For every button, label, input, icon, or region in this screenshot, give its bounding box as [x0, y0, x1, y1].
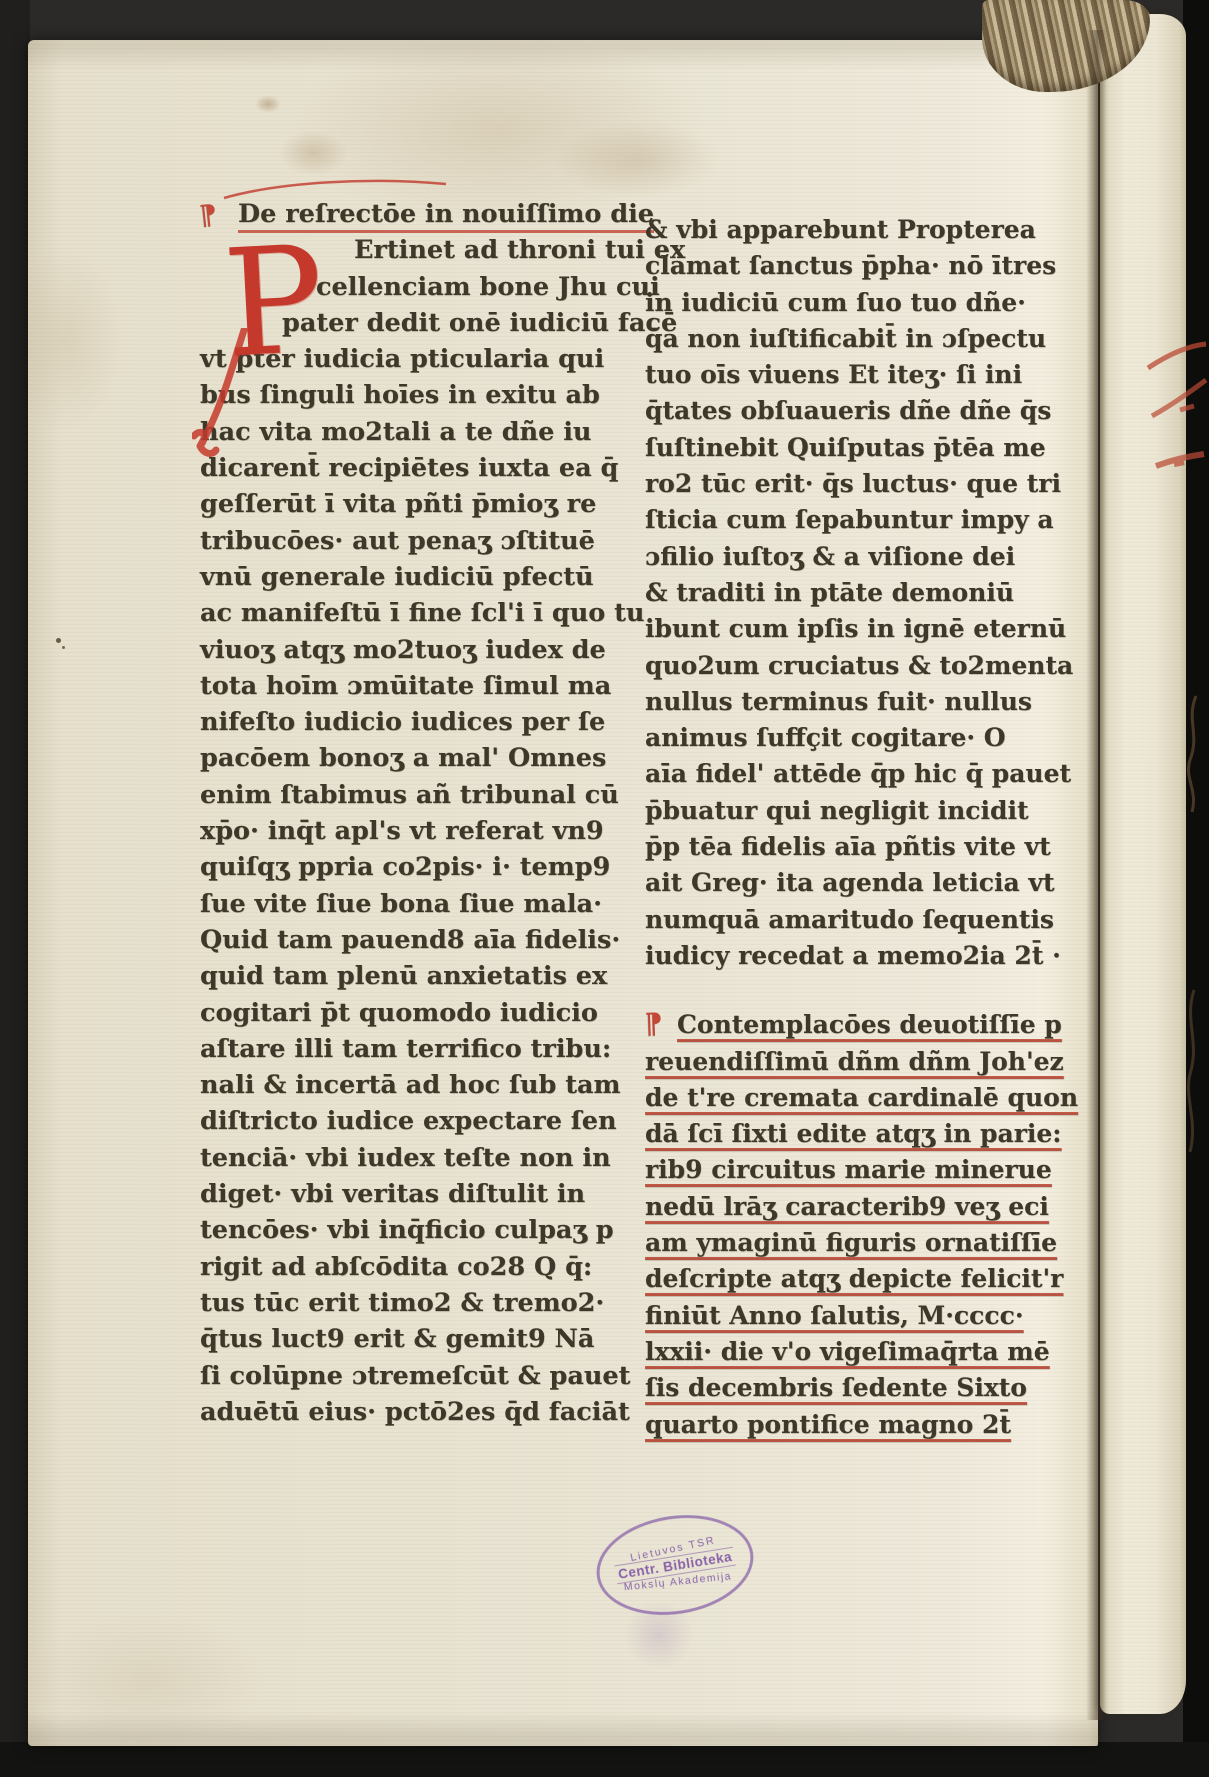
text-line: aſtare illi tam terrifico tribu: [200, 1031, 612, 1067]
text-line: Quid tam pauend8 aīa fidelis· [200, 922, 612, 958]
text-line: q̄a non iuſtificabit̄ in ɔſpectu [645, 321, 1021, 357]
text-line: enim ſtabimus añ tribunal cū [200, 777, 612, 813]
text-line: ibunt cum ipſis in ignē eternū [645, 611, 1021, 647]
text-line: hac vita mo2tali a te dñe iu [200, 414, 612, 450]
text-line: tribucōes· aut penaʒ ɔſtituē [200, 523, 612, 559]
text-line: in iudiciū cum ſuo tuo dñe· [645, 285, 1021, 321]
text-line: Contemplacōes deuotiſſīe p [645, 1007, 1021, 1043]
stain [255, 95, 281, 113]
text-line: ac manifeſtū ī fine ſcl'i ī quo tu [200, 595, 612, 631]
text-line: vnū generale iudiciū pfectū [200, 559, 612, 595]
library-stamp: Lietuvos TSR Centr. Biblioteka Mokslų Ak… [589, 1504, 760, 1626]
text-line: animus ſuffçit cogitare· O [645, 720, 1021, 756]
book-page: ¶ De reſrectōe in nouiſſimo die P Ertine… [28, 40, 1098, 1746]
text-line: pater dedit onē iudiciū facē [200, 305, 612, 341]
rubric-mark-icon: ¶ [198, 197, 219, 235]
scan-background: ¶ De reſrectōe in nouiſſimo die P Ertine… [0, 0, 1209, 1777]
background-bottom-strip [0, 1742, 1209, 1777]
heading-flourish-icon [220, 174, 450, 200]
text-line: dicarent̄ recipiētes iuxta ea q̄ [200, 450, 612, 486]
text-line: reuendiſſimū dñm dñm Joh'ez [645, 1044, 1021, 1080]
text-line: xp̄o· inq̄t apl's vt referat vn9 [200, 813, 612, 849]
left-column-lines: Ertinet ad throni tui excellenciam bone … [200, 232, 612, 1430]
text-line: tus tūc erit timo2 & tremo2· [200, 1285, 612, 1321]
text-line: vt p̄ter iudicia pticularia qui [200, 341, 612, 377]
text-line: nifeſto iudicio iudices per ſe [200, 704, 612, 740]
text-line: & vbi apparebunt Propterea [645, 212, 1021, 248]
left-column: ¶ De reſrectōe in nouiſſimo die P Ertine… [200, 196, 612, 1430]
background-left-strip [0, 0, 30, 1777]
text-line: de t're cremata cardinalē quon [645, 1080, 1021, 1116]
text-line: nali & incertā ad hoc ſub tam [200, 1067, 612, 1103]
text-line: ɔfilio iuſtoʒ & a viſione dei [645, 539, 1021, 575]
stain [278, 130, 348, 176]
text-line: q̄tus luct9 erit & gemit9 Nā [200, 1321, 612, 1357]
text-line: ſticia cum ſepabuntur impy a [645, 502, 1021, 538]
text-line: geſſerūt ī vita pñti p̄mioʒ re [200, 486, 612, 522]
colophon: ¶ Contemplacōes deuotiſſīe preuendiſſimū… [645, 1007, 1021, 1443]
text-line: nedū lrāʒ caracterib9 veʒ eci [645, 1189, 1021, 1225]
text-line: rigit ad abſcōdita co28 Q q̄: [200, 1249, 612, 1285]
text-line: diget· vbi veritas diſtulit in [200, 1176, 612, 1212]
text-line: lxxii· die v'o vigeſimaq̄rta mē [645, 1334, 1021, 1370]
text-line: ſis decembris ſedente Sixto [645, 1370, 1021, 1406]
text-line: quid tam plenū anxietatis ex [200, 958, 612, 994]
right-column: & vbi apparebunt Proptereaclamat ſanctus… [645, 212, 1021, 1443]
text-line: quiſqʒ ppria co2pis· i· temp9 [200, 849, 612, 885]
marginalia-red-ink [1146, 340, 1208, 490]
text-line: clamat ſanctus p̄pha· nō ītres [645, 248, 1021, 284]
text-line: iudicy recedat a memo2ia 2t̄ · [645, 938, 1021, 974]
text-line: finiūt Anno ſalutis, M·cccc· [645, 1298, 1021, 1334]
text-line: deſcripte atqʒ depicte felicit'r [645, 1261, 1021, 1297]
text-line: aīa fidel' attēde q̄p hic q̄ pauet [645, 756, 1021, 792]
text-line: ſuſtinebit Quiſputas p̄tēa me [645, 430, 1021, 466]
next-leaf-edge [1100, 14, 1186, 1714]
text-line: pacōem bonoʒ a mal' Omnes [200, 740, 612, 776]
text-line: p̄buatur qui negligit incidit [645, 793, 1021, 829]
text-line: Ertinet ad throni tui ex [200, 232, 612, 268]
text-line: cogitari p̄t quomodo iudicio [200, 995, 612, 1031]
text-line: & traditi in ptāte demoniū [645, 575, 1021, 611]
text-line: diſtricto iudice expectare ſen [200, 1103, 612, 1139]
marginalia-brown-ink [1178, 690, 1206, 1170]
text-line: bus ſinguli hoīes in exitu ab [200, 377, 612, 413]
text-line: am ymaginū figuris ornatiſſīe [645, 1225, 1021, 1261]
chapter-heading-text: De reſrectōe in nouiſſimo die [238, 199, 654, 233]
text-line: nullus terminus fuit· nullus [645, 684, 1021, 720]
foxing-dot [56, 638, 61, 643]
text-line: tenciā· vbi iudex teſte non in [200, 1140, 612, 1176]
foxing-dot [62, 646, 65, 649]
text-line: tencōes· vbi inq̄ficio culpaʒ p [200, 1212, 612, 1248]
text-line: rib9 circuitus marie minerue [645, 1152, 1021, 1188]
text-line: q̄tates obſuaueris dñe dñe q̄s [645, 393, 1021, 429]
text-line: quo2um cruciatus & to2menta [645, 648, 1021, 684]
right-paragraph: & vbi apparebunt Proptereaclamat ſanctus… [645, 212, 1021, 974]
gutter-shadow [1086, 30, 1106, 1720]
text-line: dā ſcī ſixti edite atqʒ in parie: [645, 1116, 1021, 1152]
text-line: quarto pontifice magno 2t̄ [645, 1407, 1021, 1443]
text-line: viuoʒ atqʒ mo2tuoʒ iudex de [200, 632, 612, 668]
text-line: p̄p tēa fidelis aīa pñtis vite vt [645, 829, 1021, 865]
text-line: numquā amaritudo ſequentis [645, 902, 1021, 938]
text-line: ait Greg· ita agenda leticia vt [645, 865, 1021, 901]
chapter-heading: ¶ De reſrectōe in nouiſſimo die [200, 196, 612, 232]
text-line: ſi colūpne ɔtremeſcūt & pauet [200, 1358, 612, 1394]
text-line: tota hoīm ɔmūitate ſimul ma [200, 668, 612, 704]
text-line: aduētū eius· pctō2es q̄d faciāt [200, 1394, 612, 1430]
pilcrow-icon: ¶ [644, 1006, 663, 1043]
text-line: ſue vite ſiue bona ſiue mala· [200, 886, 612, 922]
text-line: ro2 tūc erit· q̄s luctus· que tri [645, 466, 1021, 502]
colophon-lines: Contemplacōes deuotiſſīe preuendiſſimū d… [645, 1007, 1021, 1443]
text-line: tuo oīs viuens Et iteʒ· ſi ini [645, 357, 1021, 393]
text-line: cellenciam bone Jhu cui [200, 269, 612, 305]
